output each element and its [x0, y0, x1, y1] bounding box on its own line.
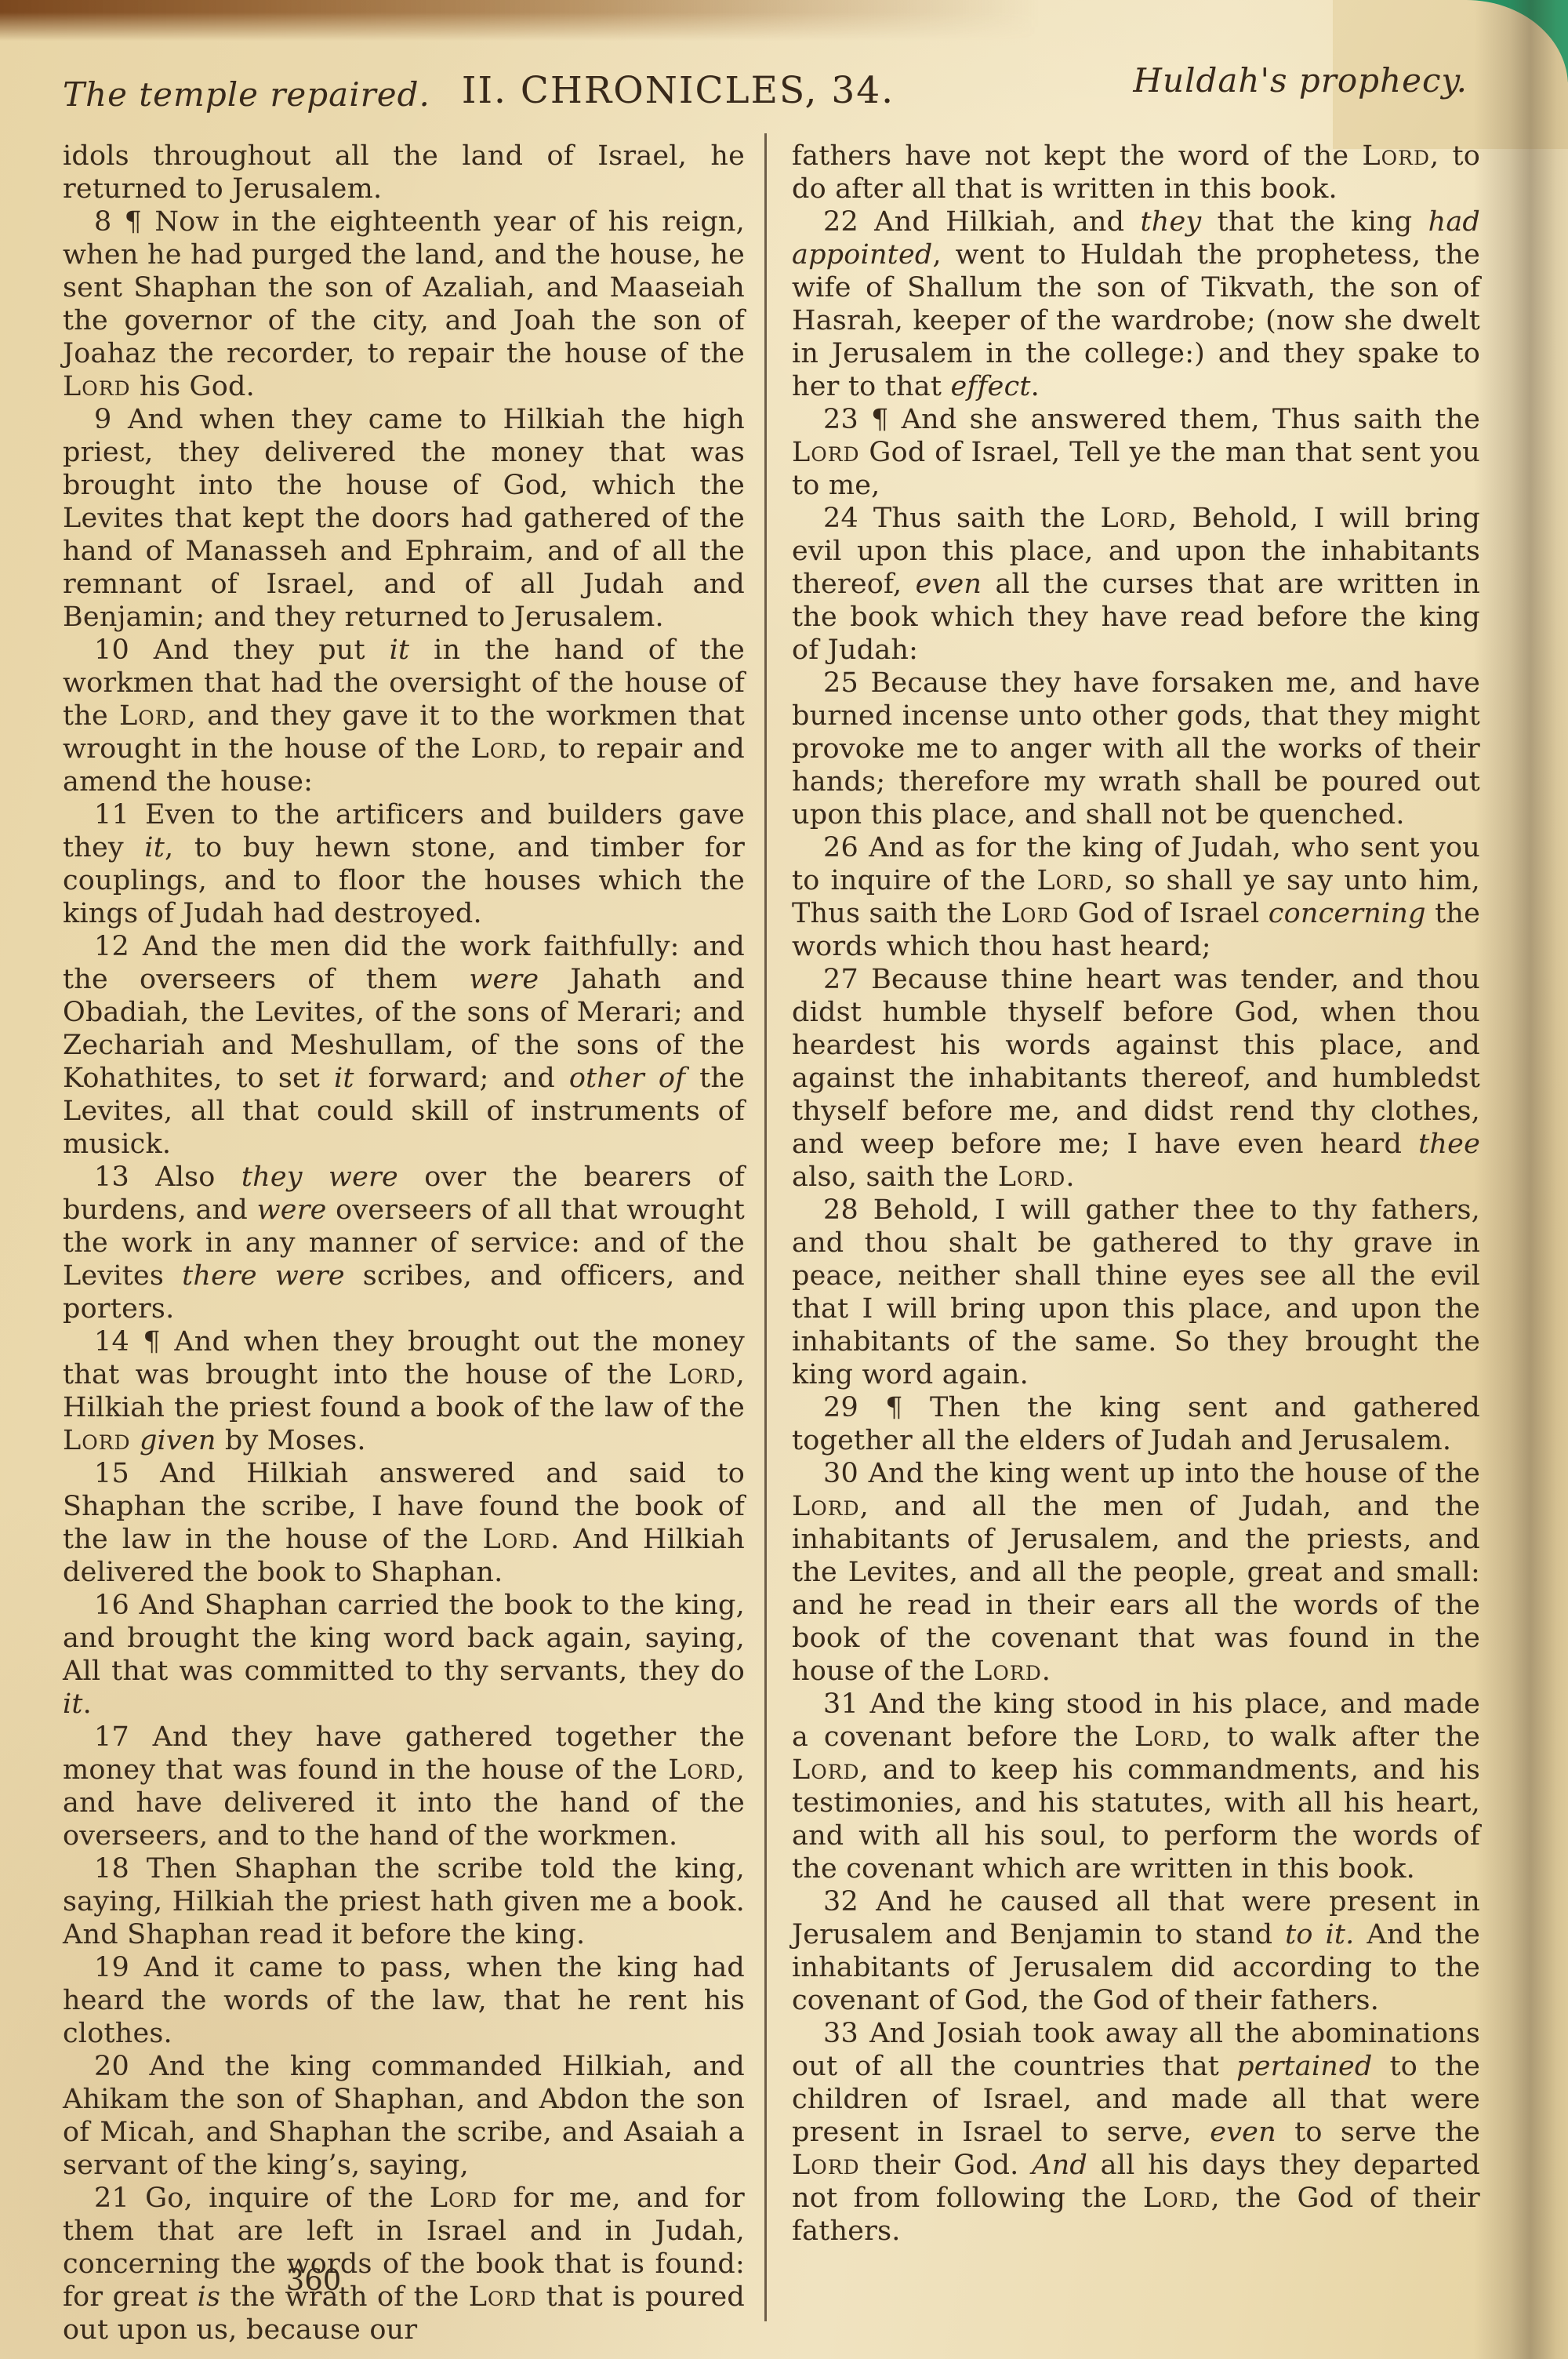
text-run: their God.	[860, 2150, 1033, 2181]
text-run: 9 And when they came to Hilkiah the high…	[63, 404, 745, 633]
verse-paragraph: 21 Go, inquire of the Lord for me, and f…	[63, 2182, 745, 2346]
supplied-word-italic: it	[334, 1063, 354, 1094]
verse-paragraph: 16 And Shaphan carried the book to the k…	[63, 1589, 745, 1721]
text-run: fathers have not kept the word of the	[792, 140, 1362, 172]
lord-smallcaps: Lord	[1362, 140, 1430, 172]
supplied-word-italic: they were	[241, 1161, 398, 1193]
text-run: 22 And Hilkiah, and	[823, 206, 1140, 238]
verse-paragraph: 8 ¶ Now in the eighteenth year of his re…	[63, 205, 745, 403]
text-run: 21 Go, inquire of the	[94, 2183, 430, 2214]
supplied-word-italic: pertained	[1236, 2051, 1372, 2082]
text-run: , and to keep his commandments, and his …	[792, 1754, 1480, 1885]
supplied-word-italic: it	[390, 634, 410, 666]
supplied-word-italic: And	[1032, 2150, 1087, 2181]
verse-paragraph: 18 Then Shaphan the scribe told the king…	[63, 1852, 745, 1951]
text-run: 27 Because thine heart was tender, and t…	[792, 964, 1480, 1160]
text-run: .	[1065, 1161, 1074, 1193]
verse-paragraph: 9 And when they came to Hilkiah the high…	[63, 403, 745, 634]
verse-paragraph: 15 And Hilkiah answered and said to Shap…	[63, 1457, 745, 1589]
supplied-word-italic: they	[1140, 206, 1201, 238]
text-run: 10 And they put	[94, 634, 390, 666]
supplied-word-italic: effect	[950, 371, 1030, 402]
lord-smallcaps: Lord	[792, 2150, 860, 2181]
text-run: 29 ¶ Then the king sent and gathered tog…	[792, 1392, 1480, 1456]
verse-paragraph: 33 And Josiah took away all the abominat…	[792, 2017, 1480, 2248]
verse-paragraph: 13 Also they were over the bearers of bu…	[63, 1161, 745, 1325]
text-run: .	[83, 1688, 92, 1720]
text-run: to serve the	[1276, 2117, 1480, 2148]
lord-smallcaps: Lord	[998, 1161, 1066, 1193]
verse-continuation: fathers have not kept the word of the Lo…	[792, 140, 1480, 205]
text-run: 18 Then Shaphan the scribe told the king…	[63, 1853, 745, 1950]
verse-paragraph: 19 And it came to pass, when the king ha…	[63, 1951, 745, 2050]
verse-paragraph: 23 ¶ And she answered them, Thus saith t…	[792, 403, 1480, 502]
text-run: 8 ¶ Now in the eighteenth year of his re…	[63, 206, 745, 369]
lord-smallcaps: Lord	[471, 733, 539, 765]
verse-paragraph: 14 ¶ And when they brought out the money…	[63, 1325, 745, 1457]
supplied-word-italic: it	[63, 1688, 83, 1720]
page-top-edge-wear	[0, 0, 1223, 41]
lord-smallcaps: Lord	[1100, 503, 1168, 534]
verse-paragraph: 20 And the king commanded Hilkiah, and A…	[63, 2050, 745, 2182]
text-column-left: idols throughout all the land of Israel,…	[63, 140, 745, 2346]
supplied-word-italic: were	[469, 964, 539, 995]
verse-paragraph: 10 And they put it in the hand of the wo…	[63, 634, 745, 798]
text-run: 14 ¶ And when they brought out the money…	[63, 1326, 745, 1390]
lord-smallcaps: Lord	[119, 700, 187, 732]
text-run: 30 And the king went up into the house o…	[823, 1458, 1480, 1489]
text-run: forward; and	[354, 1063, 569, 1094]
supplied-word-italic: to it.	[1285, 1919, 1354, 1950]
verse-paragraph: 24 Thus saith the Lord, Behold, I will b…	[792, 502, 1480, 667]
text-run: 25 Because they have forsaken me, and ha…	[792, 667, 1480, 831]
text-run: 28 Behold, I will gather thee to thy fat…	[792, 1194, 1480, 1390]
text-run: also, saith the	[792, 1161, 998, 1193]
text-run: by Moses.	[216, 1425, 366, 1456]
text-run: .	[1031, 371, 1040, 402]
running-head-left: The temple repaired.	[63, 75, 430, 114]
text-run: God of Israel, Tell ye the man that sent…	[792, 437, 1480, 501]
running-head-right: Huldah's prophecy.	[1133, 61, 1468, 100]
text-run: that the king	[1201, 206, 1428, 238]
lord-smallcaps: Lord	[1036, 865, 1105, 896]
lord-smallcaps: Lord	[63, 1425, 131, 1456]
text-run: God of Israel	[1069, 898, 1268, 929]
verse-paragraph: 31 And the king stood in his place, and …	[792, 1688, 1480, 1885]
lord-smallcaps: Lord	[430, 2183, 498, 2214]
text-run: 23 ¶ And she answered them, Thus saith t…	[823, 404, 1480, 435]
verse-continuation: idols throughout all the land of Israel,…	[63, 140, 745, 205]
verse-paragraph: 32 And he caused all that were present i…	[792, 1885, 1480, 2017]
verse-paragraph: 30 And the king went up into the house o…	[792, 1457, 1480, 1688]
text-run: his God.	[131, 371, 255, 402]
text-run: .	[1042, 1656, 1051, 1687]
verse-paragraph: 17 And they have gathered together the m…	[63, 1721, 745, 1852]
text-run: , to walk after the	[1203, 1721, 1480, 1753]
lord-smallcaps: Lord	[483, 1524, 551, 1555]
lord-smallcaps: Lord	[792, 1754, 860, 1786]
text-run: idols throughout all the land of Israel,…	[63, 140, 745, 205]
supplied-word-italic: it	[144, 832, 165, 863]
text-run: 16 And Shaphan carried the book to the k…	[63, 1590, 745, 1687]
lord-smallcaps: Lord	[792, 437, 860, 468]
supplied-word-italic: were	[257, 1194, 327, 1226]
column-divider-rule	[764, 133, 767, 2321]
lord-smallcaps: Lord	[1001, 898, 1069, 929]
text-run: , and all the men of Judah, and the inha…	[792, 1491, 1480, 1687]
supplied-word-italic: there were	[182, 1260, 345, 1292]
verse-paragraph: 29 ¶ Then the king sent and gathered tog…	[792, 1391, 1480, 1457]
text-run: 13 Also	[94, 1161, 241, 1193]
bible-page-scan: The temple repaired. II. CHRONICLES, 34.…	[0, 0, 1568, 2359]
lord-smallcaps: Lord	[469, 2281, 537, 2313]
verse-paragraph: 12 And the men did the work faithfully: …	[63, 930, 745, 1161]
lord-smallcaps: Lord	[668, 1754, 736, 1786]
running-head-title: II. CHRONICLES, 34.	[435, 69, 921, 112]
lord-smallcaps: Lord	[1134, 1721, 1203, 1753]
text-column-right: fathers have not kept the word of the Lo…	[792, 140, 1480, 2248]
supplied-word-italic: other of	[569, 1063, 685, 1094]
text-run: 20 And the king commanded Hilkiah, and A…	[63, 2051, 745, 2181]
verse-paragraph: 25 Because they have forsaken me, and ha…	[792, 667, 1480, 831]
verse-paragraph: 28 Behold, I will gather thee to thy fat…	[792, 1194, 1480, 1391]
text-run: 19 And it came to pass, when the king ha…	[63, 1952, 745, 2049]
lord-smallcaps: Lord	[63, 371, 131, 402]
text-run: 17 And they have gathered together the m…	[63, 1721, 745, 1786]
supplied-word-italic: is	[198, 2281, 221, 2313]
supplied-word-italic: concerning	[1269, 898, 1426, 929]
page-edge-shadow	[1474, 0, 1568, 2359]
verse-paragraph: 11 Even to the artificers and builders g…	[63, 798, 745, 930]
text-run: , to buy hewn stone, and timber for coup…	[63, 832, 745, 929]
supplied-word-italic: even	[1210, 2117, 1276, 2148]
verse-paragraph: 27 Because thine heart was tender, and t…	[792, 963, 1480, 1194]
verse-paragraph: 22 And Hilkiah, and they that the king h…	[792, 205, 1480, 403]
supplied-word-italic: even	[916, 569, 982, 600]
verse-paragraph: 26 And as for the king of Judah, who sen…	[792, 831, 1480, 963]
supplied-word-italic: thee	[1418, 1129, 1480, 1160]
lord-smallcaps: Lord	[974, 1656, 1042, 1687]
lord-smallcaps: Lord	[668, 1359, 736, 1390]
text-run	[131, 1425, 140, 1456]
supplied-word-italic: given	[140, 1425, 216, 1456]
text-run: 24 Thus saith the	[823, 503, 1100, 534]
lord-smallcaps: Lord	[792, 1491, 860, 1522]
lord-smallcaps: Lord	[1143, 2183, 1211, 2214]
page-number: 360	[235, 2263, 392, 2297]
